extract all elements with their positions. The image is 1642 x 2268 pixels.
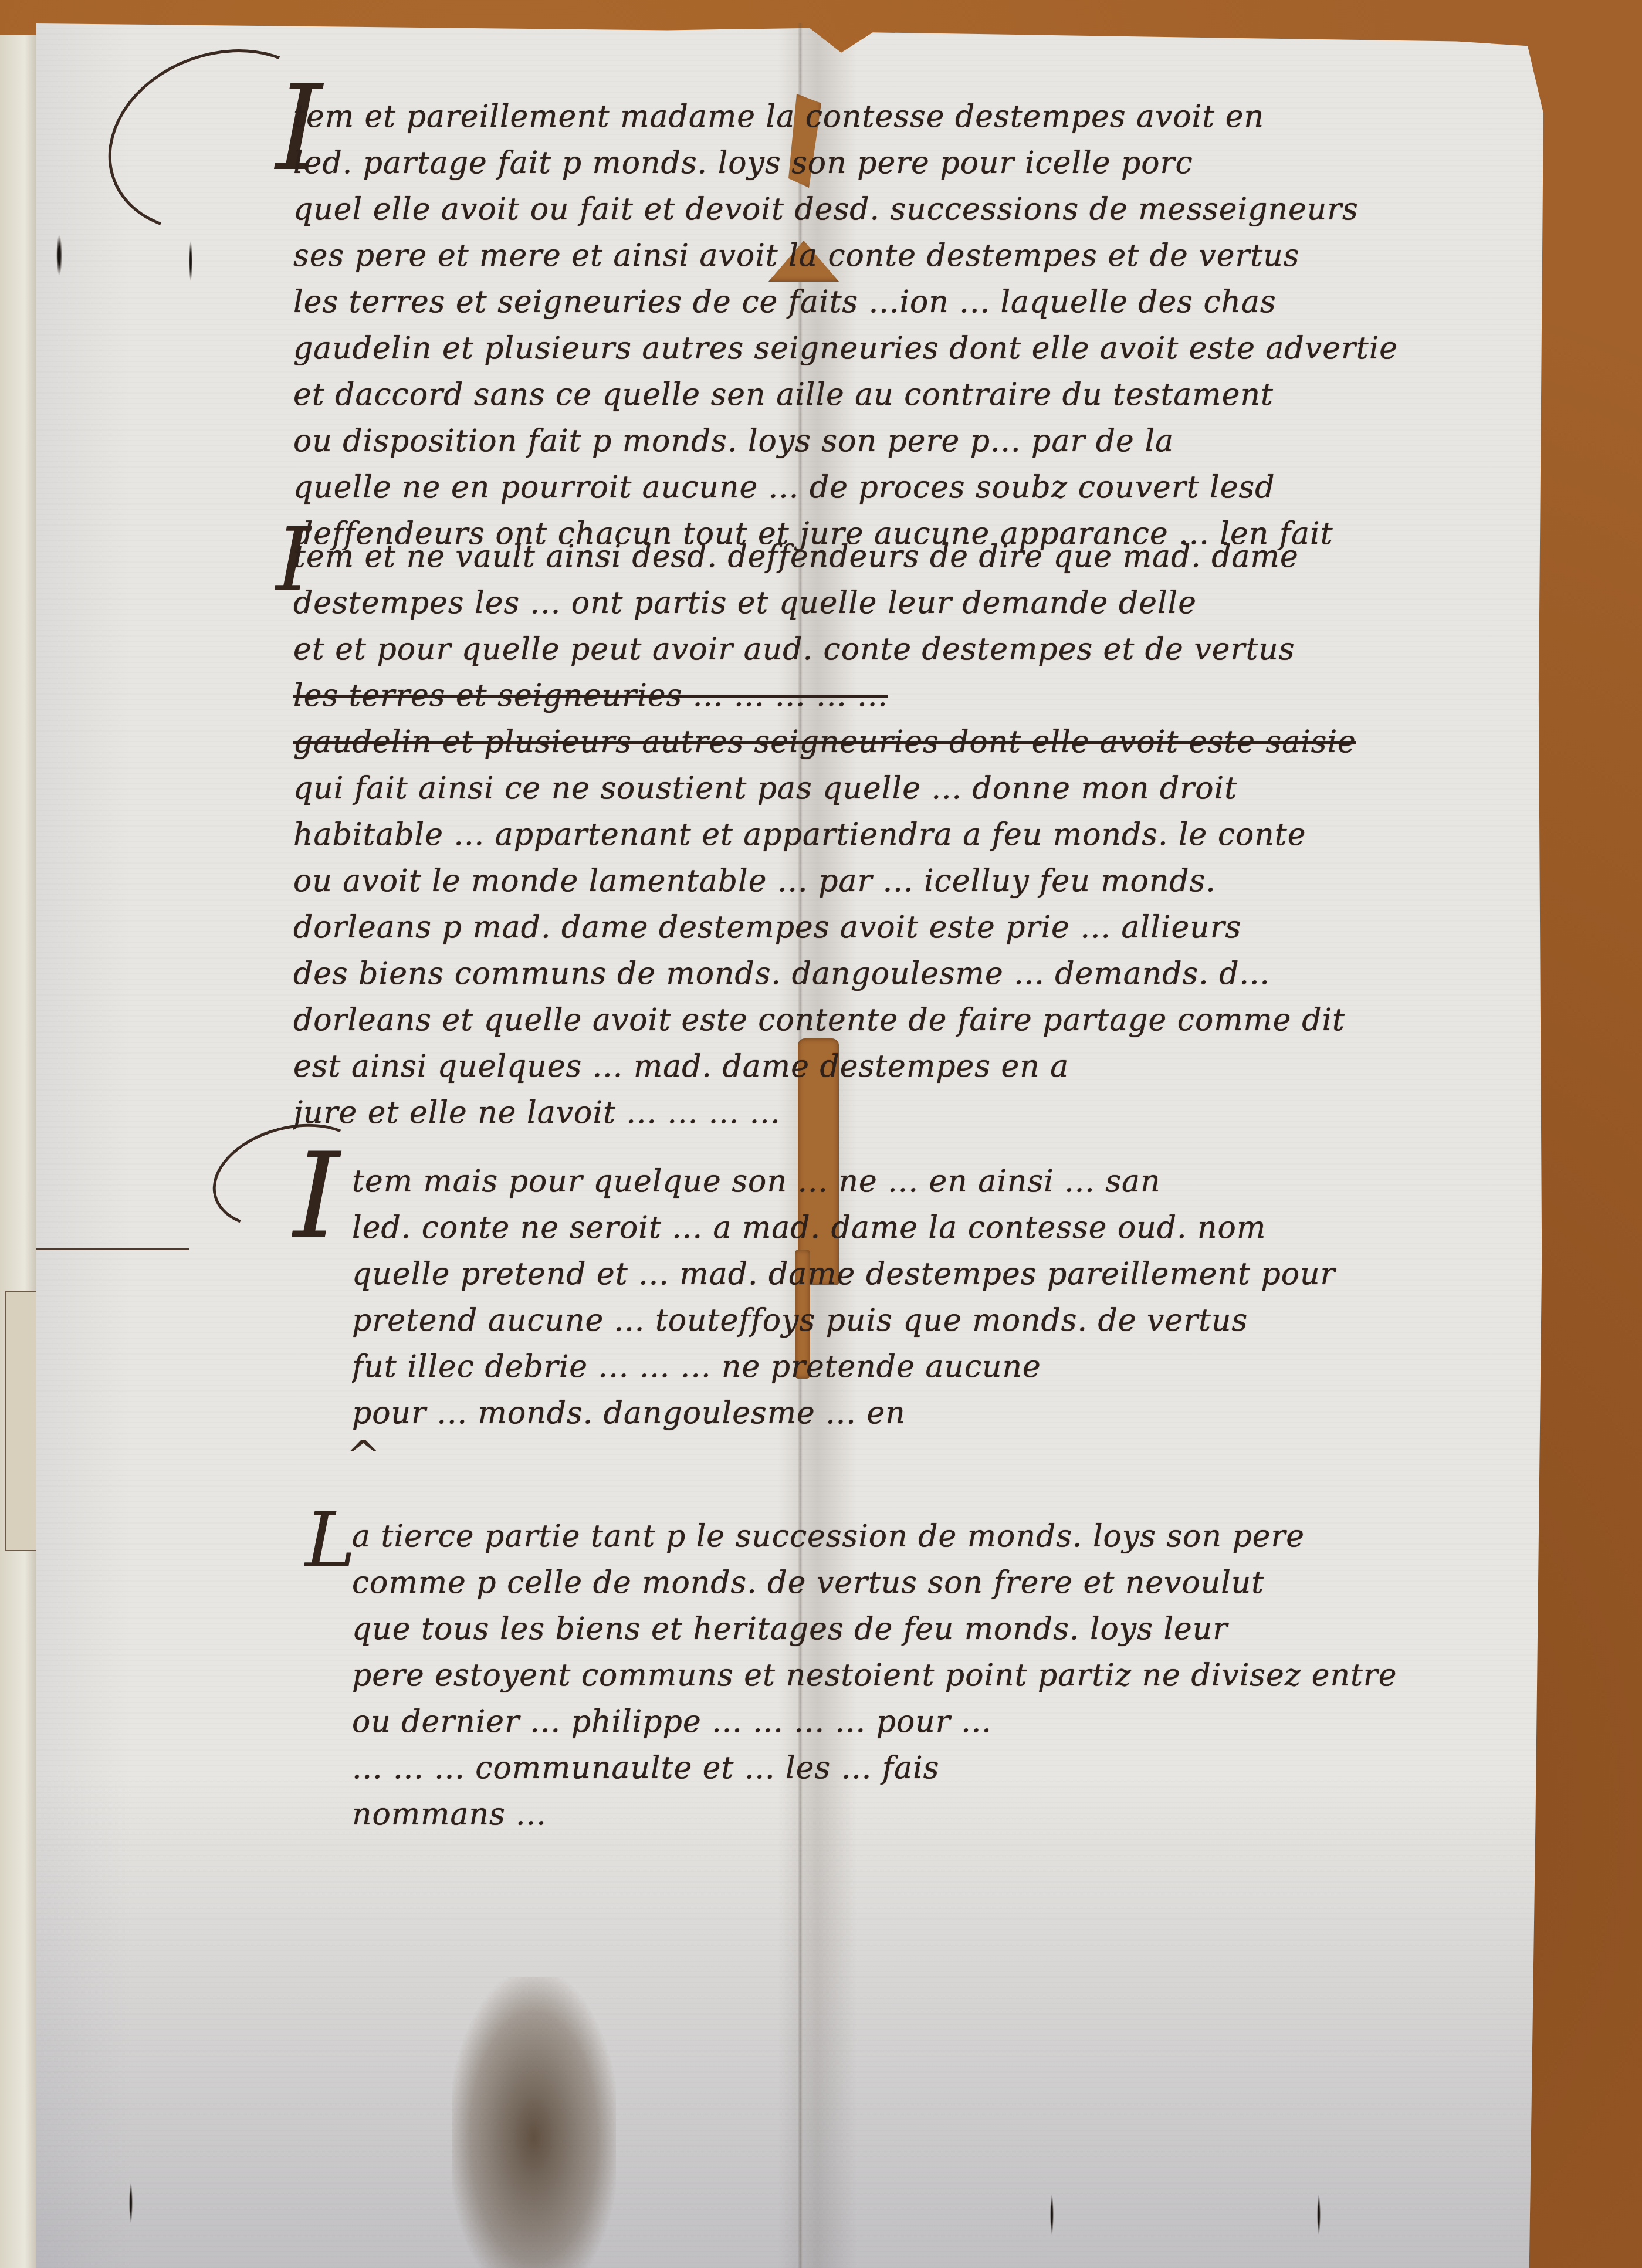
text-line: quelle pretend et ... mad. dame destempe…: [352, 1251, 1596, 1298]
text-line: habitable ... appartenant et appartiendr…: [293, 812, 1596, 858]
paragraph-2: tem et ne vault ainsi desd. deffendeurs …: [293, 534, 1596, 1136]
text-line: ou disposition fait p monds. loys son pe…: [293, 418, 1596, 465]
text-line: quelle ne en pourroit aucune ... de proc…: [293, 465, 1596, 511]
drop-initial: L: [305, 1502, 356, 1578]
text-line: pere estoyent communs et nestoient point…: [352, 1653, 1584, 1699]
paragraph-4: a tierce partie tant p le succession de …: [352, 1514, 1584, 1838]
paragraph-1: tem et pareillement madame la contesse d…: [293, 94, 1596, 557]
text-line: et daccord sans ce quelle sen aille au c…: [293, 372, 1596, 418]
text-line: comme p celle de monds. de vertus son fr…: [352, 1560, 1584, 1606]
text-line: les terres et seigneuries de ce faits ..…: [293, 279, 1596, 326]
text-line: jure et elle ne lavoit ... ... ... ...: [293, 1090, 1596, 1136]
text-line: est ainsi quelques ... mad. dame destemp…: [293, 1044, 1596, 1090]
text-line: led. partage fait p monds. loys son pere…: [293, 140, 1596, 187]
text-line: quel elle avoit ou fait et devoit desd. …: [293, 187, 1596, 233]
text-line: tem et pareillement madame la contesse d…: [293, 94, 1596, 140]
text-line: gaudelin et plusieurs autres seigneuries…: [293, 326, 1596, 372]
paragraph-3: tem mais pour quelque son ... ne ... en …: [352, 1159, 1596, 1437]
text-line: tem mais pour quelque son ... ne ... en …: [352, 1159, 1596, 1205]
pinhole-mark: [189, 241, 192, 282]
text-line: dorleans et quelle avoit este contente d…: [293, 997, 1596, 1044]
text-line: ... ... ... communaulte et ... les ... f…: [352, 1745, 1584, 1792]
pinhole-mark: [56, 235, 62, 276]
text-line: qui fait ainsi ce ne soustient pas quell…: [293, 766, 1596, 812]
text-line: pretend aucune ... touteffoys puis que m…: [352, 1298, 1596, 1344]
text-line: led. conte ne seroit ... a mad. dame la …: [352, 1205, 1596, 1251]
text-line: nommans ...: [352, 1792, 1584, 1838]
struck-text-line: les terres et seigneuries ... ... ... ..…: [293, 673, 1596, 719]
text-line: tem et ne vault ainsi desd. deffendeurs …: [293, 534, 1596, 580]
text-line: ses pere et mere et ainsi avoit la conte…: [293, 233, 1596, 279]
text-line: ou avoit le monde lamentable ... par ...…: [293, 858, 1596, 905]
pinhole-mark: [1050, 2194, 1054, 2235]
text-line: ou dernier ... philippe ... ... ... ... …: [352, 1699, 1584, 1745]
paragraph-mark-caret: ^: [346, 1431, 381, 1480]
horizontal-crease: [36, 1248, 189, 1250]
text-line: des biens communs de monds. dangoulesme …: [293, 951, 1596, 997]
struck-text-line: gaudelin et plusieurs autres seigneuries…: [293, 719, 1596, 766]
text-line: dorleans p mad. dame destempes avoit est…: [293, 905, 1596, 951]
text-line: pour ... monds. dangoulesme ... en: [352, 1390, 1596, 1437]
pinhole-mark: [1317, 2194, 1321, 2235]
text-line: et et pour quelle peut avoir aud. conte …: [293, 627, 1596, 673]
text-line: a tierce partie tant p le succession de …: [352, 1514, 1584, 1560]
pinhole-mark: [129, 2182, 133, 2223]
drop-initial: I: [293, 1138, 340, 1255]
text-line: destempes les ... ont partis et quelle l…: [293, 580, 1596, 627]
water-stain: [452, 1977, 616, 2268]
text-line: fut illec debrie ... ... ... ne pretende…: [352, 1344, 1596, 1390]
text-line: que tous les biens et heritages de feu m…: [352, 1606, 1584, 1653]
